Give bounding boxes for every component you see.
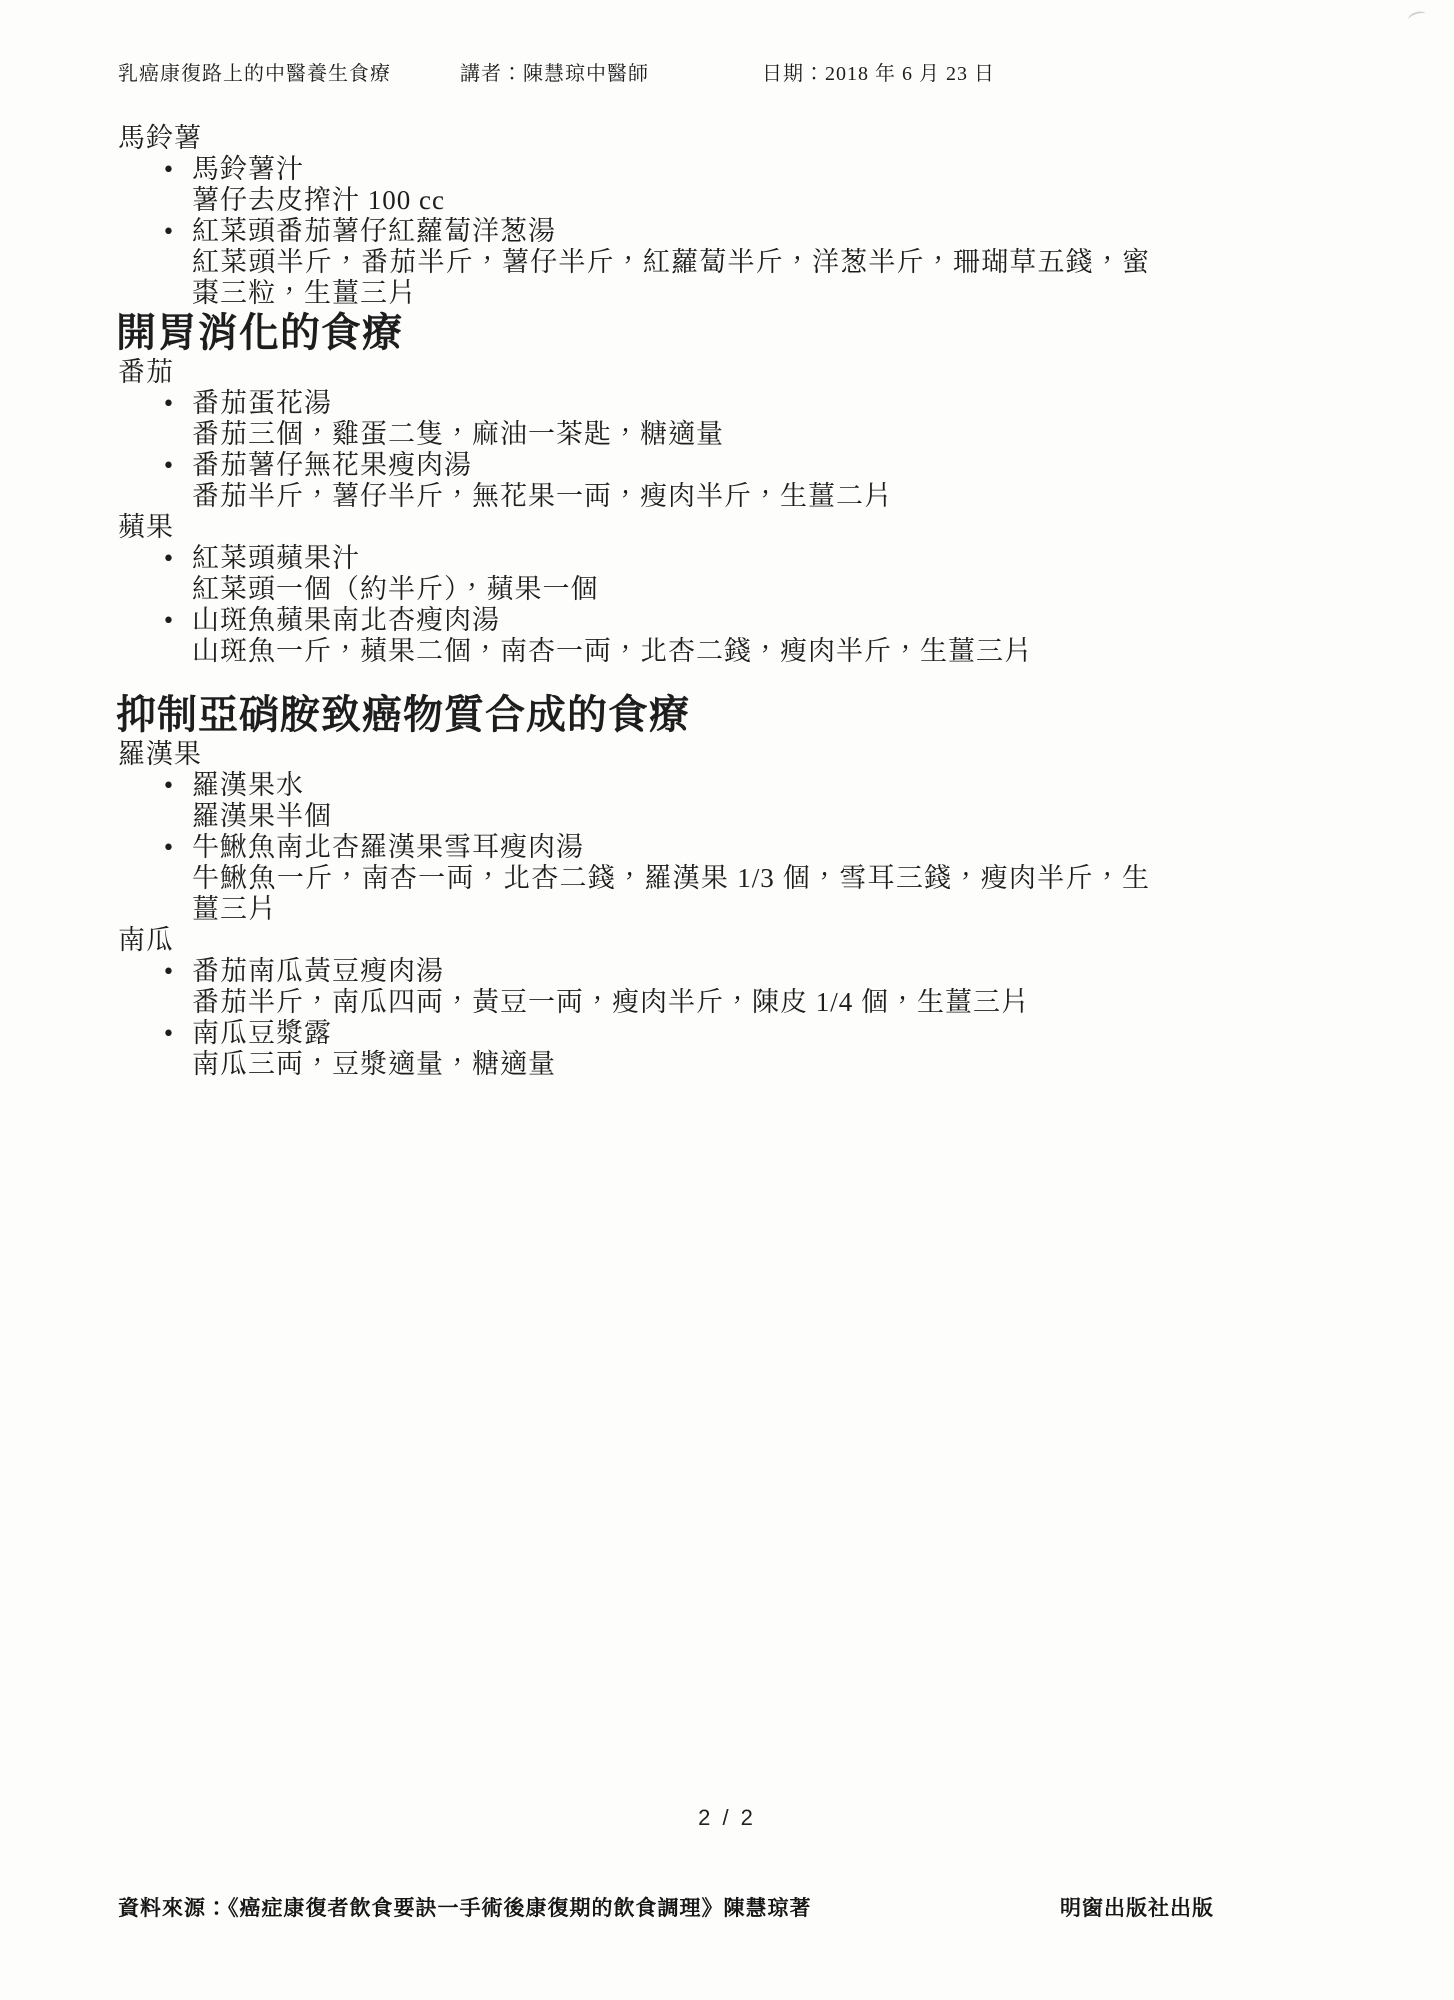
recipe-item: • 南瓜豆漿露 南瓜三両，豆漿適量，糖適量	[118, 1018, 1348, 1080]
group-label: 蘋果	[118, 512, 1348, 543]
recipe-item: • 紅菜頭番茄薯仔紅蘿蔔洋葱湯 紅菜頭半斤，番茄半斤，薯仔半斤，紅蘿蔔半斤，洋葱…	[118, 216, 1348, 309]
group-label: 馬鈴薯	[118, 123, 1348, 154]
recipe-title: 馬鈴薯汁	[192, 154, 304, 184]
food-group: 南瓜 • 番茄南瓜黃豆瘦肉湯 番茄半斤，南瓜四両，黃豆一両，瘦肉半斤，陳皮 1/…	[118, 925, 1348, 1080]
group-label: 南瓜	[118, 925, 1348, 956]
section-heading: 抑制亞硝胺致癌物質合成的食療	[116, 691, 1348, 739]
food-group: 番茄 • 番茄蛋花湯 番茄三個，雞蛋二隻，麻油一茶匙，糖適量 • 番茄薯仔無花果…	[118, 357, 1348, 512]
recipe-title: 羅漢果水	[192, 770, 304, 800]
group-label: 番茄	[118, 357, 1348, 388]
recipe-title: 紅菜頭番茄薯仔紅蘿蔔洋葱湯	[192, 216, 556, 246]
recipe-ingredients: 紅菜頭半斤，番茄半斤，薯仔半斤，紅蘿蔔半斤，洋葱半斤，珊瑚草五錢，蜜棗三粒，生薑…	[192, 247, 1150, 309]
footer-publisher: 明窗出版社出版	[1060, 1892, 1214, 1922]
recipe-item: • 番茄蛋花湯 番茄三個，雞蛋二隻，麻油一茶匙，糖適量	[118, 388, 1348, 450]
recipe-item: • 番茄南瓜黃豆瘦肉湯 番茄半斤，南瓜四両，黃豆一両，瘦肉半斤，陳皮 1/4 個…	[118, 956, 1348, 1018]
recipe-item: • 牛鰍魚南北杏羅漢果雪耳瘦肉湯 牛鰍魚一斤，南杏一両，北杏二錢，羅漢果 1/3…	[118, 832, 1348, 925]
bullet-icon: •	[162, 544, 176, 575]
recipe-title: 番茄薯仔無花果瘦肉湯	[192, 450, 472, 480]
bullet-icon: •	[162, 389, 176, 420]
recipe-ingredients: 山斑魚一斤，蘋果二個，南杏一両，北杏二錢，瘦肉半斤，生薑三片	[192, 636, 1150, 667]
recipe-title: 南瓜豆漿露	[192, 1018, 332, 1048]
recipe-ingredients: 紅菜頭一個（約半斤），蘋果一個	[192, 574, 1150, 605]
document-header: 乳癌康復路上的中醫養生食療 講者：陳慧琼中醫師 日期：2018 年 6 月 23…	[118, 57, 1348, 84]
recipe-ingredients: 南瓜三両，豆漿適量，糖適量	[192, 1049, 1150, 1080]
recipe-ingredients: 番茄半斤，薯仔半斤，無花果一両，瘦肉半斤，生薑二片	[192, 481, 1150, 512]
recipe-title: 番茄蛋花湯	[192, 388, 332, 418]
recipe-item: • 紅菜頭蘋果汁 紅菜頭一個（約半斤），蘋果一個	[118, 543, 1348, 605]
footer-source: 資料來源：《癌症康復者飲食要訣一手術後康復期的飲食調理》陳慧琼著	[118, 1892, 812, 1922]
recipe-title: 山斑魚蘋果南北杏瘦肉湯	[192, 605, 500, 635]
recipe-title: 紅菜頭蘋果汁	[192, 543, 360, 573]
document-page: 乳癌康復路上的中醫養生食療 講者：陳慧琼中醫師 日期：2018 年 6 月 23…	[0, 0, 1454, 2000]
bullet-icon: •	[162, 606, 176, 637]
section: 馬鈴薯 • 馬鈴薯汁 薯仔去皮搾汁 100 cc • 紅菜頭番茄薯仔紅蘿蔔洋葱湯…	[118, 123, 1348, 309]
recipe-ingredients: 薯仔去皮搾汁 100 cc	[192, 185, 1150, 216]
recipe-ingredients: 番茄三個，雞蛋二隻，麻油一茶匙，糖適量	[192, 419, 1150, 450]
scan-artifact	[1407, 9, 1427, 24]
food-group: 馬鈴薯 • 馬鈴薯汁 薯仔去皮搾汁 100 cc • 紅菜頭番茄薯仔紅蘿蔔洋葱湯…	[118, 123, 1348, 309]
bullet-icon: •	[162, 451, 176, 482]
recipe-ingredients: 羅漢果半個	[192, 801, 1150, 832]
recipe-item: • 馬鈴薯汁 薯仔去皮搾汁 100 cc	[118, 154, 1348, 216]
recipe-item: • 羅漢果水 羅漢果半個	[118, 770, 1348, 832]
recipe-ingredients: 番茄半斤，南瓜四両，黃豆一両，瘦肉半斤，陳皮 1/4 個，生薑三片	[192, 987, 1150, 1018]
document-title: 乳癌康復路上的中醫養生食療	[118, 57, 391, 86]
recipe-title: 牛鰍魚南北杏羅漢果雪耳瘦肉湯	[192, 832, 584, 862]
section: 抑制亞硝胺致癌物質合成的食療 羅漢果 • 羅漢果水 羅漢果半個 • 牛鰍魚南北杏…	[118, 691, 1348, 1080]
bullet-icon: •	[162, 957, 176, 988]
bullet-icon: •	[162, 833, 176, 864]
recipe-item: • 番茄薯仔無花果瘦肉湯 番茄半斤，薯仔半斤，無花果一両，瘦肉半斤，生薑二片	[118, 450, 1348, 512]
bullet-icon: •	[162, 217, 176, 248]
bullet-icon: •	[162, 771, 176, 802]
food-group: 羅漢果 • 羅漢果水 羅漢果半個 • 牛鰍魚南北杏羅漢果雪耳瘦肉湯 牛鰍魚一斤，…	[118, 739, 1348, 925]
document-body: 馬鈴薯 • 馬鈴薯汁 薯仔去皮搾汁 100 cc • 紅菜頭番茄薯仔紅蘿蔔洋葱湯…	[118, 123, 1348, 1080]
speaker-label: 講者：陳慧琼中醫師	[460, 57, 649, 86]
bullet-icon: •	[162, 1019, 176, 1050]
date-label: 日期：2018 年 6 月 23 日	[762, 57, 995, 86]
page-number: 2 / 2	[0, 1805, 1454, 1831]
food-group: 蘋果 • 紅菜頭蘋果汁 紅菜頭一個（約半斤），蘋果一個 • 山斑魚蘋果南北杏瘦肉…	[118, 512, 1348, 667]
section: 開胃消化的食療 番茄 • 番茄蛋花湯 番茄三個，雞蛋二隻，麻油一茶匙，糖適量 •…	[118, 309, 1348, 667]
bullet-icon: •	[162, 155, 176, 186]
group-label: 羅漢果	[118, 739, 1348, 770]
recipe-ingredients: 牛鰍魚一斤，南杏一両，北杏二錢，羅漢果 1/3 個，雪耳三錢，瘦肉半斤，生薑三片	[192, 863, 1150, 925]
recipe-title: 番茄南瓜黃豆瘦肉湯	[192, 956, 444, 986]
section-heading: 開胃消化的食療	[116, 309, 1348, 357]
recipe-item: • 山斑魚蘋果南北杏瘦肉湯 山斑魚一斤，蘋果二個，南杏一両，北杏二錢，瘦肉半斤，…	[118, 605, 1348, 667]
